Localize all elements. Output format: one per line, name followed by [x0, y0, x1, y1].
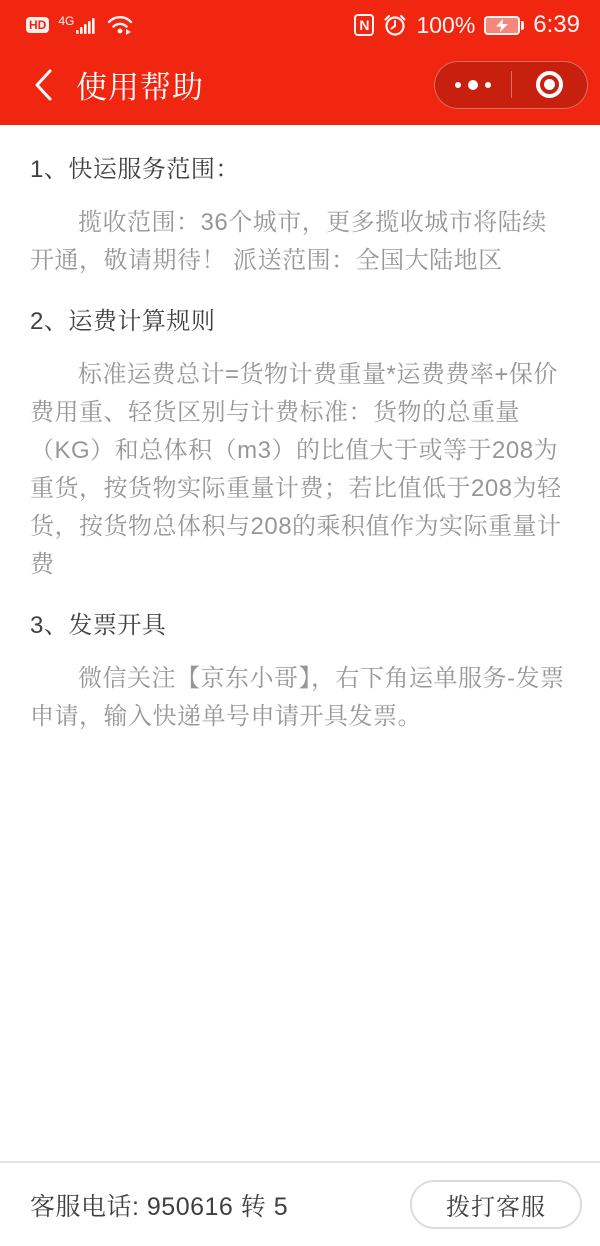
record-circle-icon	[536, 71, 563, 98]
exit-miniprogram-button[interactable]	[512, 62, 588, 108]
miniprogram-capsule	[434, 61, 588, 109]
signal-bars-icon	[75, 14, 97, 36]
help-section-invoice: 3、发票开具 微信关注【京东小哥】，右下角运单服务-发票申请，输入快递单号申请开…	[30, 608, 570, 736]
battery-percent-label: 100%	[416, 14, 475, 37]
section-heading: 1、快运服务范围：	[30, 152, 570, 188]
back-button[interactable]	[26, 63, 62, 107]
help-section-service-scope: 1、快运服务范围： 揽收范围：36个城市，更多揽收城市将陆续开通，敬请期待！ 派…	[30, 152, 570, 280]
status-bar: HD 4G	[0, 0, 600, 50]
call-service-button[interactable]: 拨打客服	[410, 1180, 582, 1229]
chevron-left-icon	[33, 67, 55, 103]
section-heading: 3、发票开具	[30, 608, 570, 644]
app-header: HD 4G	[0, 0, 600, 125]
service-phone-label: 客服电话: 950616 转 5	[30, 1187, 288, 1223]
help-content: 1、快运服务范围： 揽收范围：36个城市，更多揽收城市将陆续开通，敬请期待！ 派…	[0, 125, 600, 736]
alarm-clock-icon	[383, 13, 407, 37]
status-left: HD 4G	[26, 13, 134, 37]
status-right: N 100% 6:39	[354, 13, 580, 37]
section-heading: 2、运费计算规则	[30, 304, 570, 340]
customer-service-bar: 客服电话: 950616 转 5 拨打客服	[0, 1161, 600, 1246]
wifi-icon	[106, 13, 134, 37]
page-title: 使用帮助	[76, 62, 204, 107]
cellular-signal-icon: 4G	[58, 14, 97, 36]
network-type-label: 4G	[58, 15, 74, 27]
section-body: 揽收范围：36个城市，更多揽收城市将陆续开通，敬请期待！ 派送范围：全国大陆地区	[30, 204, 570, 280]
more-options-button[interactable]	[435, 62, 511, 108]
nav-bar: 使用帮助	[0, 50, 600, 125]
clock-time-label: 6:39	[533, 13, 580, 37]
battery-charging-icon	[484, 16, 524, 35]
nfc-icon: N	[354, 14, 374, 36]
three-dots-icon	[455, 80, 491, 90]
section-body: 微信关注【京东小哥】，右下角运单服务-发票申请，输入快递单号申请开具发票。	[30, 660, 570, 736]
section-body: 标准运费总计=货物计费重量*运费费率+保价费用重、轻货区别与计费标准：货物的总重…	[30, 356, 570, 584]
hd-icon: HD	[26, 17, 49, 33]
help-section-freight-rules: 2、运费计算规则 标准运费总计=货物计费重量*运费费率+保价费用重、轻货区别与计…	[30, 304, 570, 584]
